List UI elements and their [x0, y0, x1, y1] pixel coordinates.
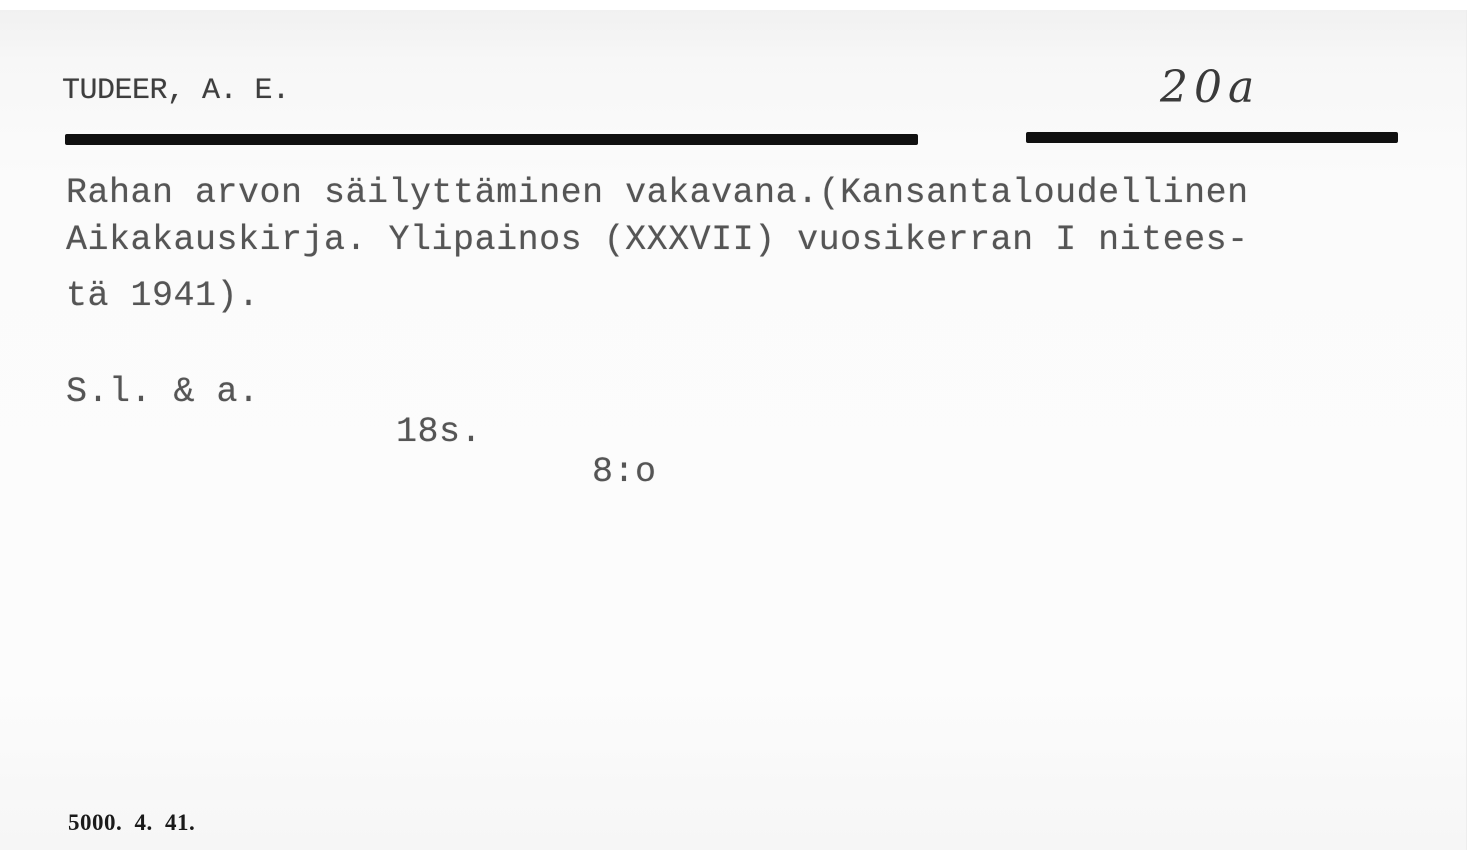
- catalog-card: TUDEER, A. E. 20a Rahan arvon säilyttämi…: [0, 10, 1467, 850]
- shelfmark-handwritten: 20a: [1160, 62, 1260, 113]
- author-heading: TUDEER, A. E.: [62, 74, 290, 108]
- imprint-place-date: S.l. & a.: [66, 372, 260, 412]
- title-line-3: tä 1941).: [66, 276, 260, 316]
- heading-rule-left: [65, 134, 918, 145]
- heading-rule-right: [1026, 132, 1398, 143]
- imprint-format: 8:o: [592, 452, 657, 492]
- title-line-2: Aikakauskirja. Ylipainos (XXXVII) vuosik…: [66, 220, 1249, 260]
- print-run-code: 5000. 4. 41.: [68, 810, 195, 836]
- title-line-1: Rahan arvon säilyttäminen vakavana.(Kans…: [66, 173, 1249, 213]
- imprint-pages: 18s.: [396, 412, 482, 452]
- imprint-line: S.l. & a. 18s. 8:o: [66, 332, 766, 377]
